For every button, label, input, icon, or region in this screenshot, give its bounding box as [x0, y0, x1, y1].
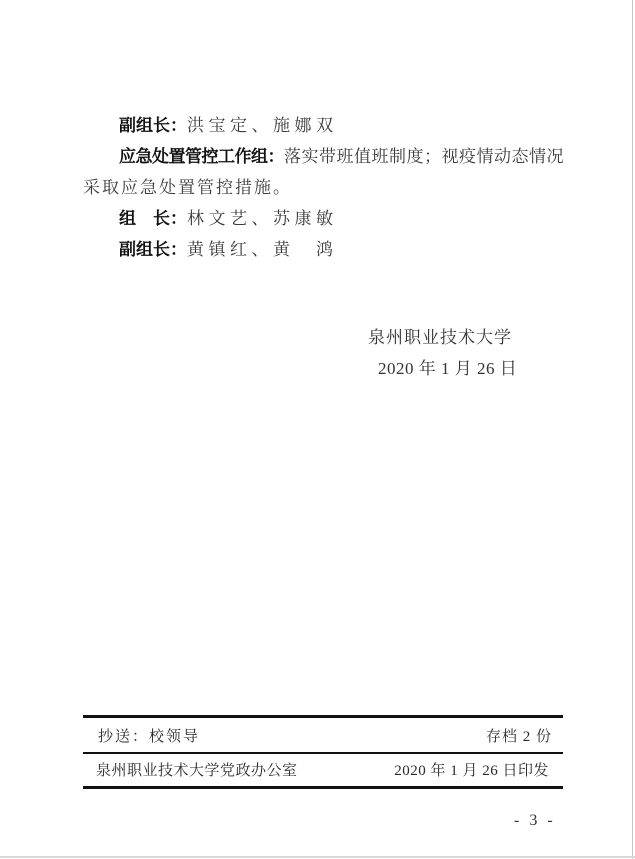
- page-number: - 3 -: [514, 810, 556, 832]
- role-label: 副组长：: [119, 116, 187, 135]
- signature-date: 2020 年 1 月 26 日: [378, 357, 517, 381]
- document-page: 副组长：洪宝定、施娜双 应急处置管控工作组：落实带班值班制度；视疫情动态情况 采…: [0, 0, 635, 859]
- group-duty-text: 落实带班值班制度；视疫情动态情况: [284, 147, 564, 166]
- footer-copy-to: 抄送：校领导: [83, 725, 200, 746]
- footer-archive-count: 存档 2 份: [486, 725, 563, 746]
- footer-print-date: 2020 年 1 月 26 日印发: [394, 759, 563, 780]
- body-line: 副组长：洪宝定、施娜双: [83, 110, 565, 141]
- footer-issuing-office: 泉州职业技术大学党政办公室: [83, 759, 298, 780]
- role-names: 洪宝定、施娜双: [187, 116, 338, 135]
- footer-office-row: 泉州职业技术大学党政办公室 2020 年 1 月 26 日印发: [83, 754, 563, 785]
- body-text-block: 副组长：洪宝定、施娜双 应急处置管控工作组：落实带班值班制度；视疫情动态情况 采…: [83, 110, 565, 265]
- body-line: 应急处置管控工作组：落实带班值班制度；视疫情动态情况: [83, 141, 565, 172]
- role-names: 林文艺、苏康敏: [187, 209, 338, 228]
- footer-bottom-rule: [83, 786, 563, 789]
- role-label: 组 长：: [119, 209, 187, 228]
- body-line: 组 长：林文艺、苏康敏: [83, 203, 565, 234]
- scan-edge-right-line: [632, 0, 633, 859]
- body-line: 采取应急处置管控措施。: [83, 172, 565, 203]
- body-line: 副组长：黄镇红、黄 鸿: [83, 234, 565, 265]
- group-label: 应急处置管控工作组：: [119, 147, 284, 166]
- group-duty-continuation: 采取应急处置管控措施。: [83, 178, 292, 197]
- signature-organization: 泉州职业技术大学: [368, 326, 512, 350]
- role-names: 黄镇红、黄 鸿: [187, 240, 338, 259]
- role-label: 副组长：: [119, 240, 187, 259]
- scan-edge-bottom-line: [0, 856, 635, 858]
- footer-copy-row: 抄送：校领导 存档 2 份: [83, 718, 563, 752]
